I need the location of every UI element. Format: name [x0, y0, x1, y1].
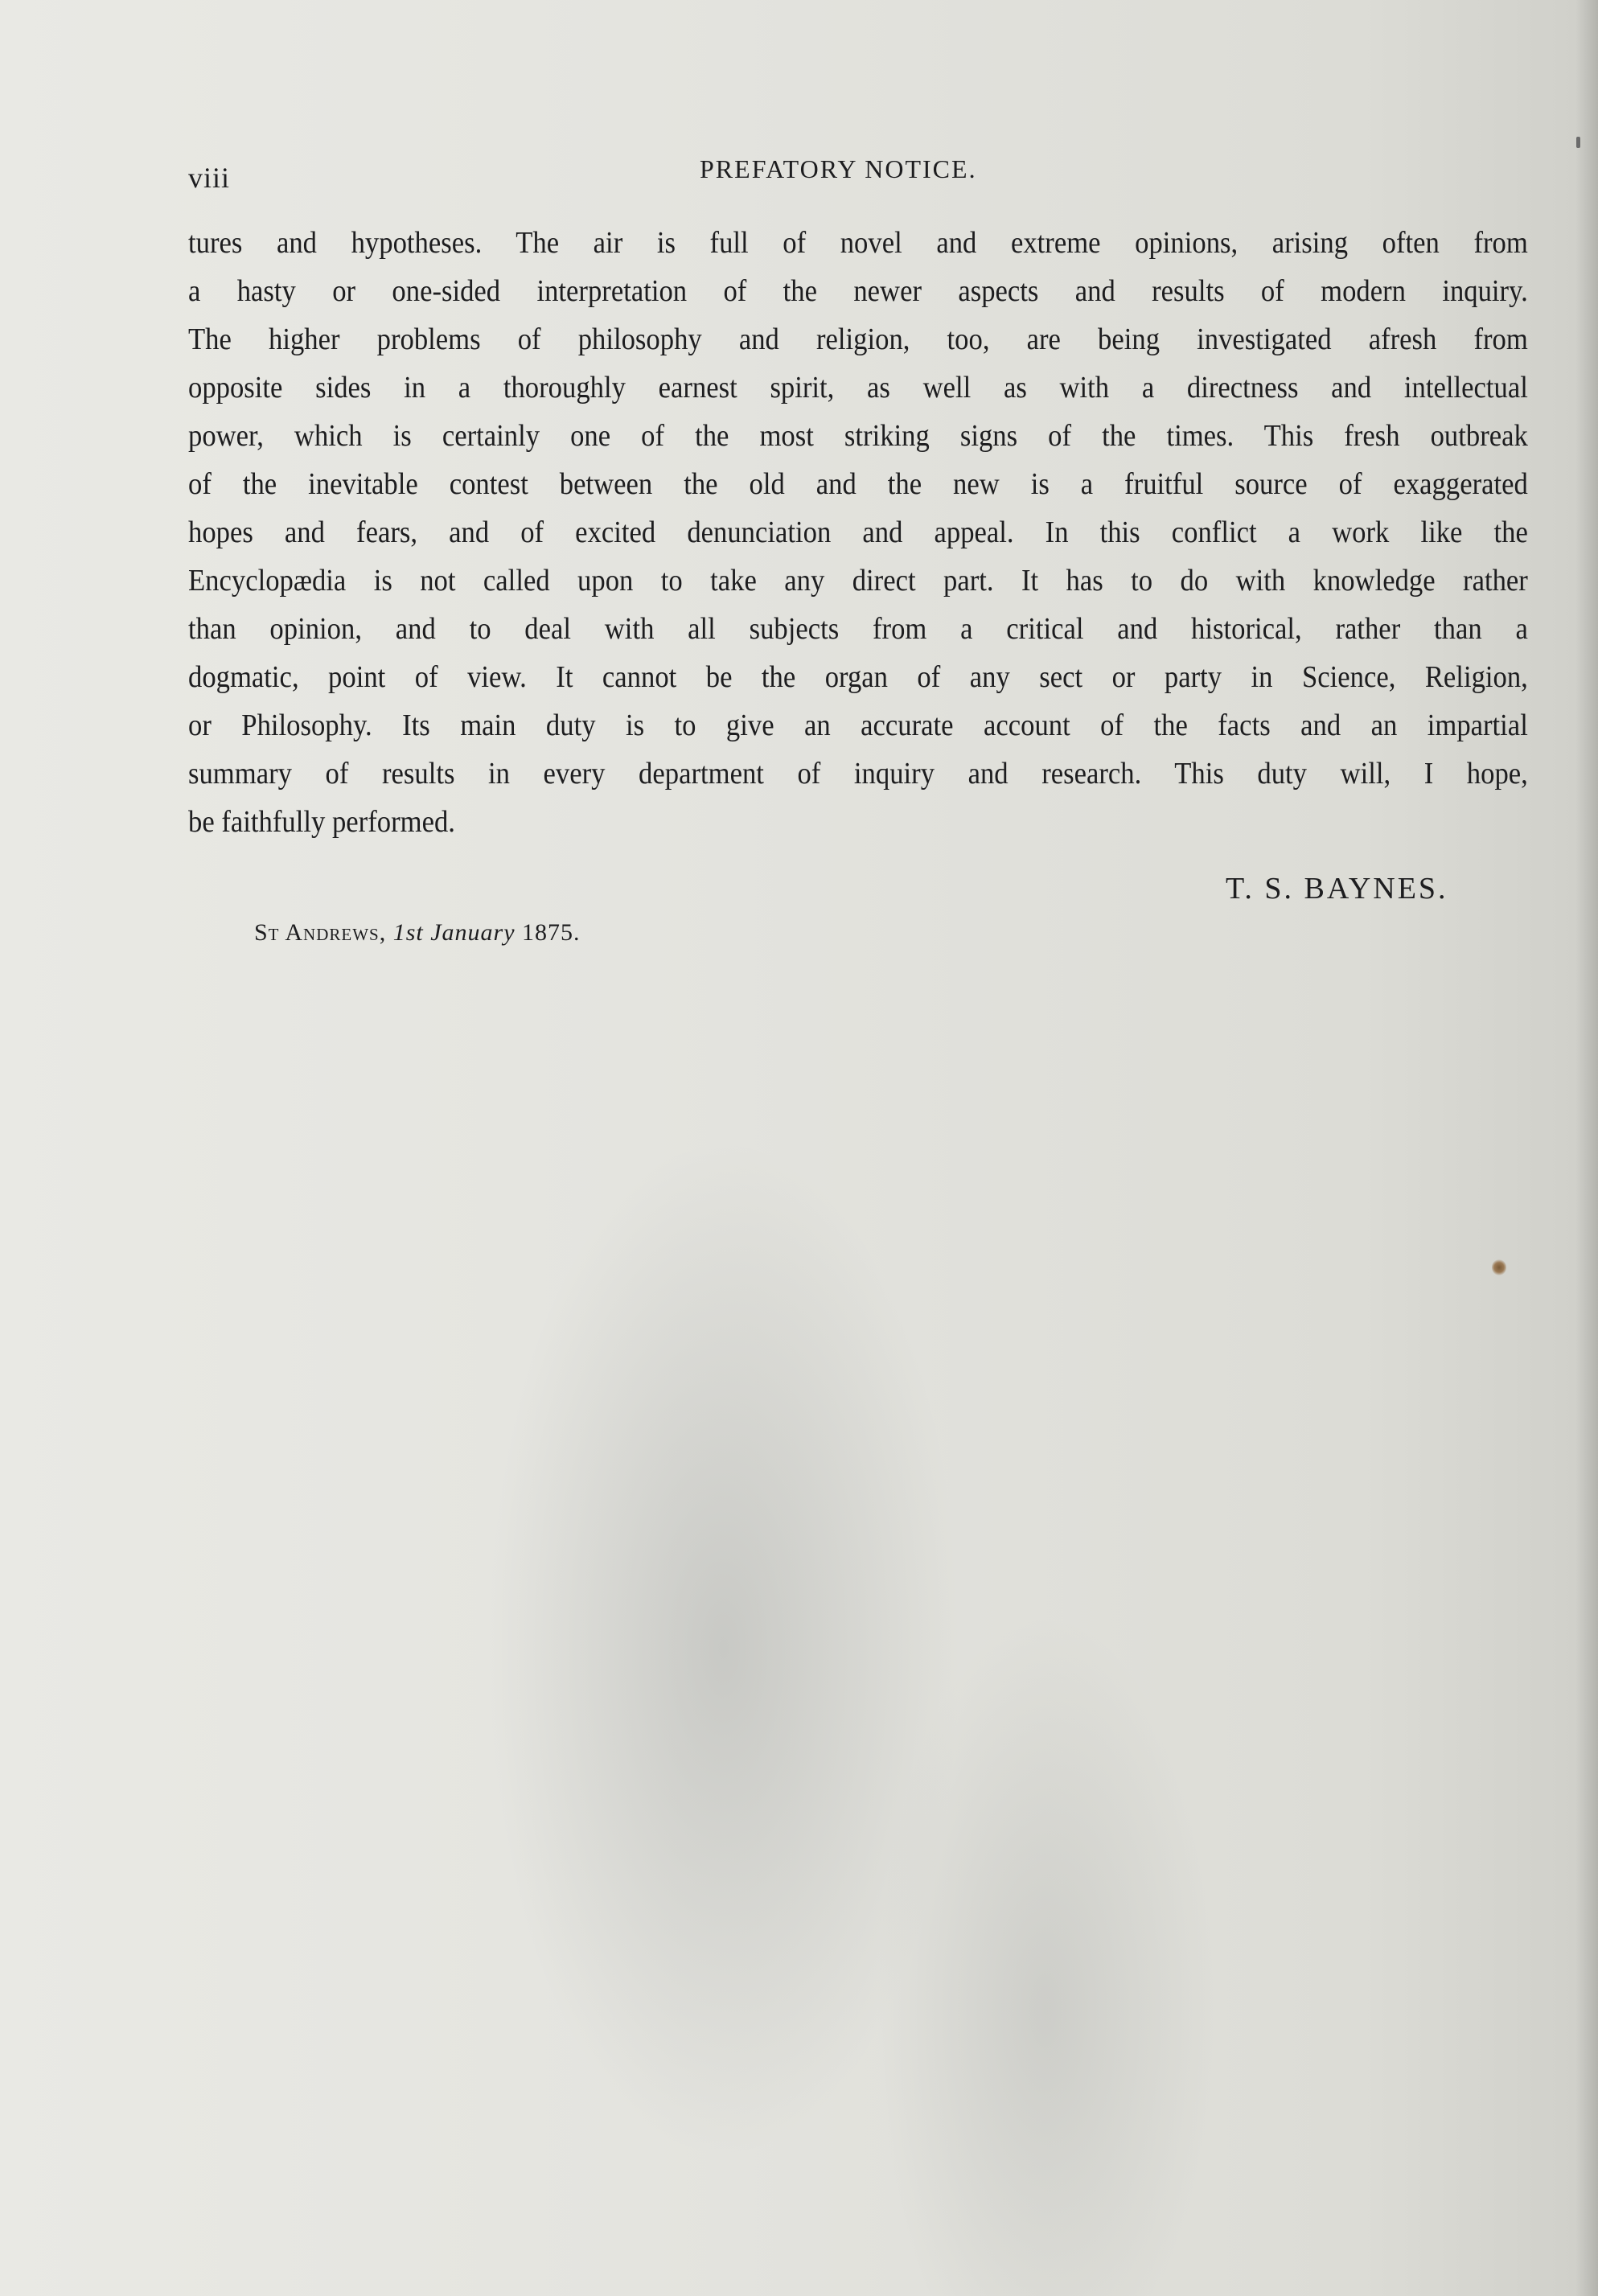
text-line: dogmatic, point of view. It cannot be th… — [188, 653, 1528, 701]
page-number: viii — [188, 161, 230, 195]
text-line: tures and hypotheses. The air is full of… — [188, 219, 1528, 267]
foxing-spot — [1492, 1259, 1506, 1275]
book-page: viii PREFATORY NOTICE. tures and hypothe… — [0, 0, 1598, 2296]
running-head: viii PREFATORY NOTICE. — [188, 154, 1531, 203]
text-line: be faithfully performed. — [188, 798, 1528, 846]
dateline-year: 1875. — [522, 919, 581, 946]
text-line: opposite sides in a thoroughly earnest s… — [188, 363, 1528, 412]
text-line: power, which is certainly one of the mos… — [188, 412, 1528, 460]
page-header-title: PREFATORY NOTICE. — [700, 154, 977, 184]
text-line: The higher problems of philosophy and re… — [188, 315, 1528, 363]
author-signature: T. S. BAYNES. — [1226, 871, 1448, 906]
dateline-month: January — [430, 919, 515, 946]
text-line: than opinion, and to deal with all subje… — [188, 605, 1528, 653]
text-line: summary of results in every department o… — [188, 750, 1528, 798]
dateline-day: 1st — [393, 919, 424, 946]
text-line: a hasty or one-sided interpretation of t… — [188, 267, 1528, 315]
text-line: hopes and fears, and of excited denuncia… — [188, 508, 1528, 557]
page-edge-shadow — [1575, 0, 1598, 2296]
dateline-place: St Andrews, — [254, 919, 386, 946]
body-paragraph: tures and hypotheses. The air is full of… — [188, 219, 1528, 846]
text-line: of the inevitable contest between the ol… — [188, 460, 1528, 508]
text-line: Encyclopædia is not called upon to take … — [188, 557, 1528, 605]
text-line: or Philosophy. Its main duty is to give … — [188, 701, 1528, 750]
paper-speck — [1576, 137, 1580, 148]
dateline: St Andrews, 1st January 1875. — [254, 919, 581, 947]
